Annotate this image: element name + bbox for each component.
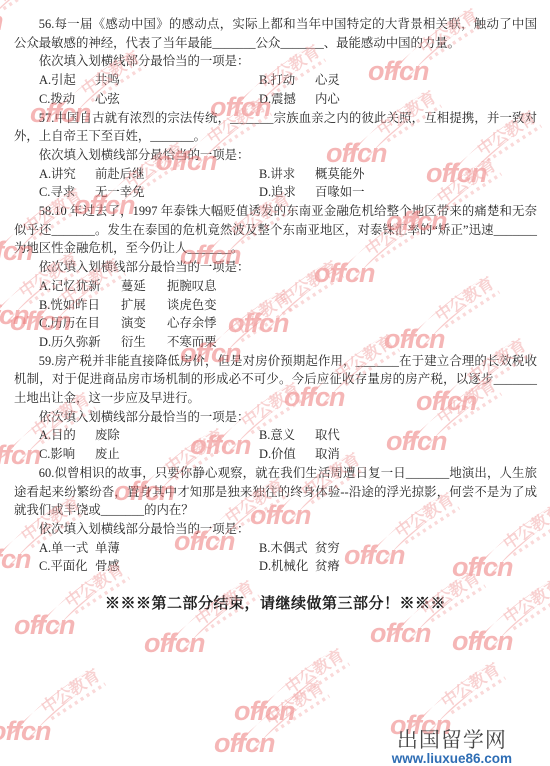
option: B.恍如昨日扩展谈虎色变 bbox=[39, 296, 217, 315]
option-row: A.引起共鸣B.打动心灵 bbox=[14, 71, 537, 90]
option: B.讲求概莫能外 bbox=[259, 165, 479, 184]
scanned-exam-page: 56.每一届《感动中国》的感动点，实际上都和当年中国特定的大背景相关联，触动了中… bbox=[0, 0, 550, 766]
option: A.引起共鸣 bbox=[39, 71, 259, 90]
option-word: C.寻求 bbox=[39, 183, 95, 202]
watermark-brand-text: 中公教育 bbox=[281, 646, 347, 697]
question-prompt: 依次填入划横线部分最恰当的一项是： bbox=[14, 52, 537, 71]
option-word: 前赴后继 bbox=[95, 165, 145, 184]
option-word: D.机械化 bbox=[259, 557, 315, 576]
watermark-slogan-dashes bbox=[295, 664, 349, 699]
option-word: 心灵 bbox=[315, 71, 340, 90]
option-word: D.震撼 bbox=[259, 90, 315, 109]
watermark-slogan-dashes bbox=[51, 684, 105, 719]
option-word: 内心 bbox=[315, 90, 340, 109]
option-word: B.意义 bbox=[259, 426, 315, 445]
swoosh-small-icon bbox=[182, 607, 230, 650]
swoosh-icon bbox=[8, 671, 88, 736]
offcn-watermark: 中公教育 offcn bbox=[0, 666, 120, 744]
option-row: D.历久弥新衍生不寒而栗 bbox=[14, 333, 537, 352]
option-word: 扩展 bbox=[121, 296, 167, 315]
option-row: A.讲究前赴后继B.讲求概莫能外 bbox=[14, 165, 537, 184]
option: C.影响废止 bbox=[39, 445, 259, 464]
question-prompt: 依次填入划横线部分最恰当的一项是： bbox=[14, 520, 537, 539]
offcn-logo-icon: 中公教育 offcn bbox=[390, 660, 520, 738]
watermark-logo-text: offcn bbox=[14, 610, 75, 638]
section-divider: ※※※第二部分结束，请继续做第三部分！※※※ bbox=[14, 592, 537, 613]
option: B.意义取代 bbox=[259, 426, 479, 445]
option-row: C.平面化骨感D.机械化贫瘠 bbox=[14, 557, 537, 576]
option-word: D.价值 bbox=[259, 445, 315, 464]
watermark-logo-text: offcn bbox=[214, 728, 275, 756]
watermark-brand-text: 中公教育 bbox=[37, 666, 103, 717]
question-block: 56.每一届《感动中国》的感动点，实际上都和当年中国特定的大背景相关联，触动了中… bbox=[14, 15, 537, 109]
option-word: A.目的 bbox=[39, 426, 95, 445]
question-prompt: 依次填入划横线部分最恰当的一项是： bbox=[14, 258, 537, 277]
question-block: 57.中国自古就有浓烈的宗法传统，_______宗族血亲之内的彼此关照，互相提携… bbox=[14, 109, 537, 203]
option-word: 共鸣 bbox=[95, 71, 120, 90]
swoosh-small-icon bbox=[272, 675, 320, 718]
option: A.单一式单薄 bbox=[39, 539, 259, 558]
option: C.历历在目演变心存余悸 bbox=[39, 314, 217, 333]
option: D.价值取消 bbox=[259, 445, 479, 464]
option: C.平面化骨感 bbox=[39, 557, 259, 576]
watermark-logo-text: offcn bbox=[0, 6, 3, 34]
option-word: D.追求 bbox=[259, 183, 315, 202]
question-stem: 58.10 年过去了，1997 年泰铢大幅贬值诱发的东南亚金融危机给整个地区带来… bbox=[14, 202, 537, 258]
option: D.追求百喙如一 bbox=[259, 183, 479, 202]
option-word: 蔓延 bbox=[121, 277, 167, 296]
option: A.讲究前赴后继 bbox=[39, 165, 259, 184]
question-stem: 56.每一届《感动中国》的感动点，实际上都和当年中国特定的大背景相关联，触动了中… bbox=[14, 15, 537, 52]
site-url: www.liuxue86.com bbox=[392, 752, 512, 766]
offcn-logo-icon: 中公教育 offcn bbox=[214, 678, 344, 756]
option-word: B.木偶式 bbox=[259, 539, 315, 558]
site-footer: 出国留学网 www.liuxue86.com bbox=[392, 730, 512, 766]
option-word: 心弦 bbox=[95, 90, 120, 109]
option-word: C.平面化 bbox=[39, 557, 95, 576]
questions: 56.每一届《感动中国》的感动点，实际上都和当年中国特定的大背景相关联，触动了中… bbox=[14, 15, 537, 576]
watermark-slogan-dashes bbox=[275, 696, 329, 731]
offcn-watermark: 中公教育 offcn bbox=[234, 646, 364, 724]
swoosh-icon bbox=[232, 683, 312, 748]
option-row: C.影响废止D.价值取消 bbox=[14, 445, 537, 464]
option-word: C.历历在目 bbox=[39, 314, 121, 333]
option-word: 贫瘠 bbox=[315, 557, 340, 576]
option-word: B.讲求 bbox=[259, 165, 315, 184]
option-word: C.拨动 bbox=[39, 90, 95, 109]
option-row: A.目的废除B.意义取代 bbox=[14, 426, 537, 445]
option-row: A.记忆犹新蔓延扼腕叹息 bbox=[14, 277, 537, 296]
watermark-brand-text: 中公教育 bbox=[261, 678, 327, 729]
option: B.木偶式贫穷 bbox=[259, 539, 479, 558]
option-word: 概莫能外 bbox=[315, 165, 365, 184]
question-block: 59.房产税并非能直接降低房价，但是对房价预期起作用，_______在于建立合理… bbox=[14, 352, 537, 464]
option: A.目的废除 bbox=[39, 426, 259, 445]
watermark-logo-text: offcn bbox=[234, 696, 295, 724]
option-word: 废除 bbox=[95, 426, 120, 445]
option: B.打动心灵 bbox=[259, 71, 479, 90]
option-word: 演变 bbox=[121, 314, 167, 333]
option-word: 骨感 bbox=[95, 557, 120, 576]
swoosh-icon bbox=[252, 651, 332, 716]
option-row: B.恍如昨日扩展谈虎色变 bbox=[14, 296, 537, 315]
option-word: A.讲究 bbox=[39, 165, 95, 184]
question-stem: 57.中国自古就有浓烈的宗法传统，_______宗族血亲之内的彼此关照，互相提携… bbox=[14, 109, 537, 146]
watermark-logo-text: offcn bbox=[370, 618, 431, 646]
watermark-brand-text: 中公教育 bbox=[0, 0, 56, 7]
option-word: A.引起 bbox=[39, 71, 95, 90]
question-stem: 60.似曾相识的故事，只要你静心观察，就在我们生活周遭日复一日_______地演… bbox=[14, 464, 537, 520]
watermark-logo-text: offcn bbox=[0, 716, 51, 744]
option-word: 贫穷 bbox=[315, 539, 340, 558]
option-word: A.单一式 bbox=[39, 539, 95, 558]
option: C.拨动心弦 bbox=[39, 90, 259, 109]
option: D.震撼内心 bbox=[259, 90, 479, 109]
option-word: 取代 bbox=[315, 426, 340, 445]
option-word: B.打动 bbox=[259, 71, 315, 90]
question-prompt: 依次填入划横线部分最恰当的一项是： bbox=[14, 408, 537, 427]
option-word: A.记忆犹新 bbox=[39, 277, 121, 296]
watermark-logo-text: offcn bbox=[452, 626, 513, 654]
offcn-watermark: 中公教育 offcn bbox=[214, 678, 344, 756]
swoosh-small-icon bbox=[252, 707, 300, 750]
option-word: C.影响 bbox=[39, 445, 95, 464]
offcn-logo-icon: 中公教育 offcn bbox=[0, 666, 120, 744]
watermark-logo-text: offcn bbox=[144, 628, 205, 656]
question-block: 58.10 年过去了，1997 年泰铢大幅贬值诱发的东南亚金融危机给整个地区带来… bbox=[14, 202, 537, 352]
offcn-watermark: 中公教育 offcn bbox=[390, 660, 520, 738]
question-stem: 59.房产税并非能直接降低房价，但是对房价预期起作用，_______在于建立合理… bbox=[14, 352, 537, 408]
option: A.记忆犹新蔓延扼腕叹息 bbox=[39, 277, 217, 296]
site-name: 出国留学网 bbox=[392, 730, 512, 751]
option-word: D.历久弥新 bbox=[39, 333, 121, 352]
option-row: A.单一式单薄B.木偶式贫穷 bbox=[14, 539, 537, 558]
option-word: 衍生 bbox=[121, 333, 167, 352]
option-word: 不寒而栗 bbox=[167, 333, 217, 352]
option-word: 废止 bbox=[95, 445, 120, 464]
option-word: 心存余悸 bbox=[167, 314, 217, 333]
option-row: C.拨动心弦D.震撼内心 bbox=[14, 90, 537, 109]
option-word: 无一幸免 bbox=[95, 183, 145, 202]
option-word: 单薄 bbox=[95, 539, 120, 558]
option-word: 扼腕叹息 bbox=[167, 277, 217, 296]
option-row: C.寻求无一幸免D.追求百喙如一 bbox=[14, 183, 537, 202]
option-word: 取消 bbox=[315, 445, 340, 464]
option-word: 谈虎色变 bbox=[167, 296, 217, 315]
option-row: C.历历在目演变心存余悸 bbox=[14, 314, 537, 333]
watermark-slogan-dashes bbox=[3, 0, 57, 9]
option-word: B.恍如昨日 bbox=[39, 296, 121, 315]
exam-content: 56.每一届《感动中国》的感动点，实际上都和当年中国特定的大背景相关联，触动了中… bbox=[14, 15, 537, 613]
offcn-logo-icon: 中公教育 offcn bbox=[234, 646, 364, 724]
option: C.寻求无一幸免 bbox=[39, 183, 259, 202]
watermark-brand-text: 中公教育 bbox=[437, 660, 503, 711]
question-prompt: 依次填入划横线部分最恰当的一项是： bbox=[14, 146, 537, 165]
swoosh-icon bbox=[408, 665, 488, 730]
question-block: 60.似曾相识的故事，只要你静心观察，就在我们生活周遭日复一日_______地演… bbox=[14, 464, 537, 576]
option: D.机械化贫瘠 bbox=[259, 557, 479, 576]
option: D.历久弥新衍生不寒而栗 bbox=[39, 333, 217, 352]
watermark-slogan-dashes bbox=[451, 678, 505, 713]
swoosh-small-icon bbox=[28, 695, 76, 738]
option-word: 百喙如一 bbox=[315, 183, 365, 202]
swoosh-small-icon bbox=[428, 689, 476, 732]
